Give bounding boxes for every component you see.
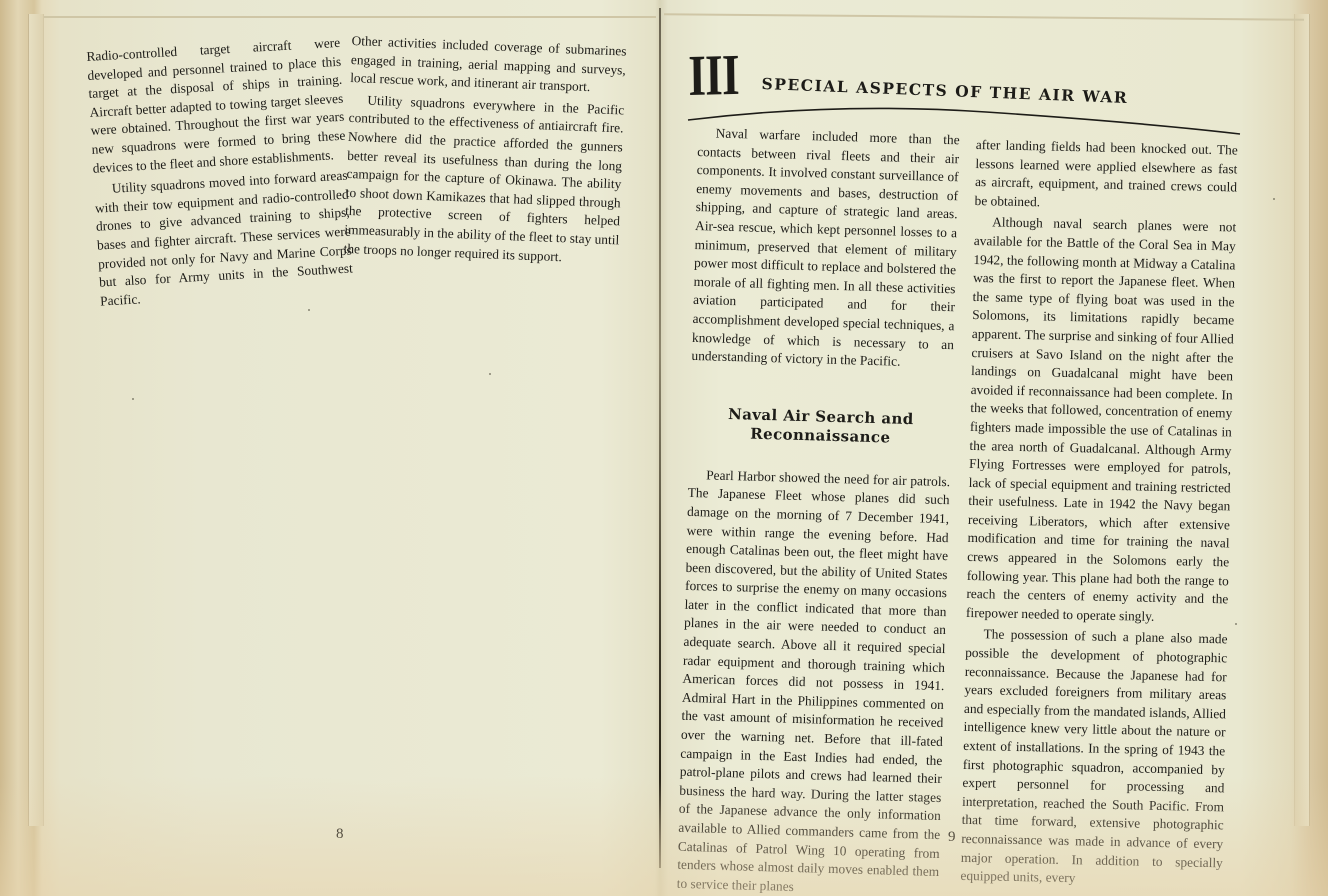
paragraph: Although naval search planes were not av… <box>966 213 1237 627</box>
paragraph: Other activities included coverage of su… <box>350 32 627 98</box>
page-number-right: 9 <box>948 829 956 846</box>
book-gutter <box>659 8 661 868</box>
section-heading: Naval Air Search and Reconnaissance <box>689 404 952 449</box>
left-page-column-2: Other activities included coverage of su… <box>343 32 626 269</box>
paragraph: Radio-controlled target aircraft were de… <box>86 34 347 178</box>
paragraph: Utility squadrons moved into forward are… <box>93 167 354 311</box>
section-heading-line-2: Reconnaissance <box>750 424 891 446</box>
right-page-edges <box>1294 14 1310 826</box>
right-page-column-2: after landing fields had been knocked ou… <box>960 136 1238 891</box>
paper-speck <box>489 373 491 375</box>
right-page-column-1: Naval warfare included more than the con… <box>677 124 960 896</box>
left-page-edges <box>28 14 44 826</box>
left-page-top-edge <box>44 16 656 18</box>
paragraph: The possession of such a plane also made… <box>960 625 1227 891</box>
paper-speck <box>308 309 310 311</box>
paper-speck <box>1235 623 1237 625</box>
paragraph: Utility squadrons everywhere in the Paci… <box>343 91 624 269</box>
intro-paragraph: Naval warfare included more than the con… <box>691 124 960 373</box>
right-page-top-edge <box>664 13 1304 21</box>
chapter-numeral: III <box>688 51 739 100</box>
paper-speck <box>1273 198 1275 200</box>
paragraph: Pearl Harbor showed the need for air pat… <box>677 466 951 896</box>
paragraph: after landing fields had been knocked ou… <box>974 136 1238 216</box>
book-spread: Radio-controlled target aircraft were de… <box>0 0 1328 896</box>
left-page-column-1: Radio-controlled target aircraft were de… <box>86 34 354 311</box>
page-number-left: 8 <box>336 826 344 843</box>
paper-speck <box>132 398 134 400</box>
